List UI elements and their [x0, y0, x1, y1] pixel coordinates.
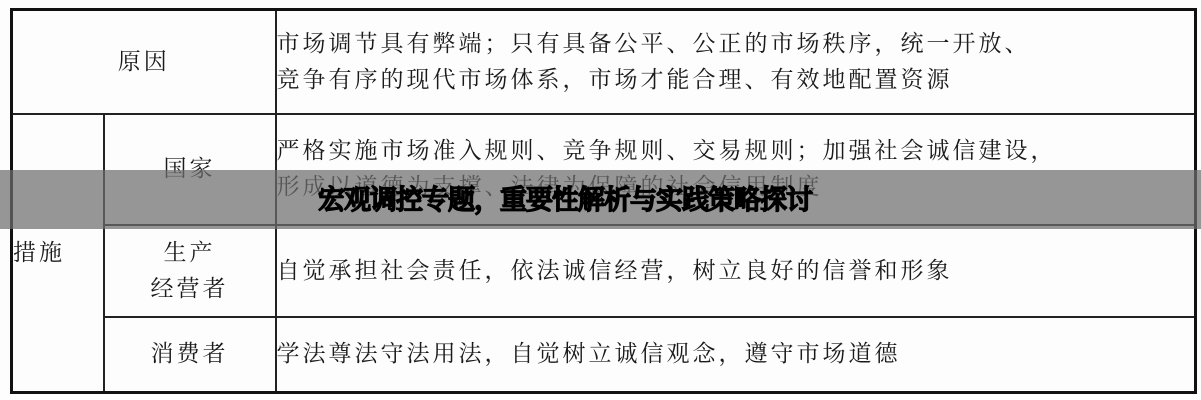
- producer-content-cell: 自觉承担社会责任，依法诚信经营，树立良好的信誉和形象: [276, 225, 1196, 317]
- producer-label-line-2: 经营者: [105, 271, 275, 307]
- reason-content-cell: 市场调节具有弊端；只有具备公平、公正的市场秩序，统一开放、 竞争有序的现代市场体…: [276, 10, 1196, 114]
- reason-label-cell: 原因: [12, 10, 276, 114]
- consumer-content-cell: 学法尊法守法用法，自觉树立诚信观念，遵守市场道德: [276, 317, 1196, 393]
- reason-content-line-1: 市场调节具有弊端；只有具备公平、公正的市场秩序，统一开放、: [277, 26, 1195, 62]
- consumer-content-line-1: 学法尊法守法用法，自觉树立诚信观念，遵守市场道德: [277, 336, 1195, 372]
- state-content-line-1: 严格实施市场准入规则、竞争规则、交易规则；加强社会诚信建设，: [277, 133, 1195, 169]
- measures-label-cell: 措施: [12, 114, 104, 393]
- overlay-title: 宏观调控专题，重要性解析与实践策略探讨: [318, 185, 812, 217]
- consumer-label: 消费者: [151, 341, 229, 367]
- table-row-consumer: 消费者 学法尊法守法用法，自觉树立诚信观念，遵守市场道德: [12, 317, 1196, 393]
- producer-label-cell: 生产 经营者: [104, 225, 276, 317]
- producer-label-line-1: 生产: [105, 235, 275, 271]
- document-page: 原因 市场调节具有弊端；只有具备公平、公正的市场秩序，统一开放、 竞争有序的现代…: [0, 0, 1201, 400]
- table-row-producer: 生产 经营者 自觉承担社会责任，依法诚信经营，树立良好的信誉和形象: [12, 225, 1196, 317]
- reason-content-line-2: 竞争有序的现代市场体系，市场才能合理、有效地配置资源: [277, 62, 1195, 98]
- measures-label: 措施: [13, 240, 65, 266]
- producer-content-line-1: 自觉承担社会责任，依法诚信经营，树立良好的信誉和形象: [277, 253, 1195, 289]
- reason-label: 原因: [118, 49, 170, 75]
- table-row-reason: 原因 市场调节具有弊端；只有具备公平、公正的市场秩序，统一开放、 竞争有序的现代…: [12, 10, 1196, 114]
- consumer-label-cell: 消费者: [104, 317, 276, 393]
